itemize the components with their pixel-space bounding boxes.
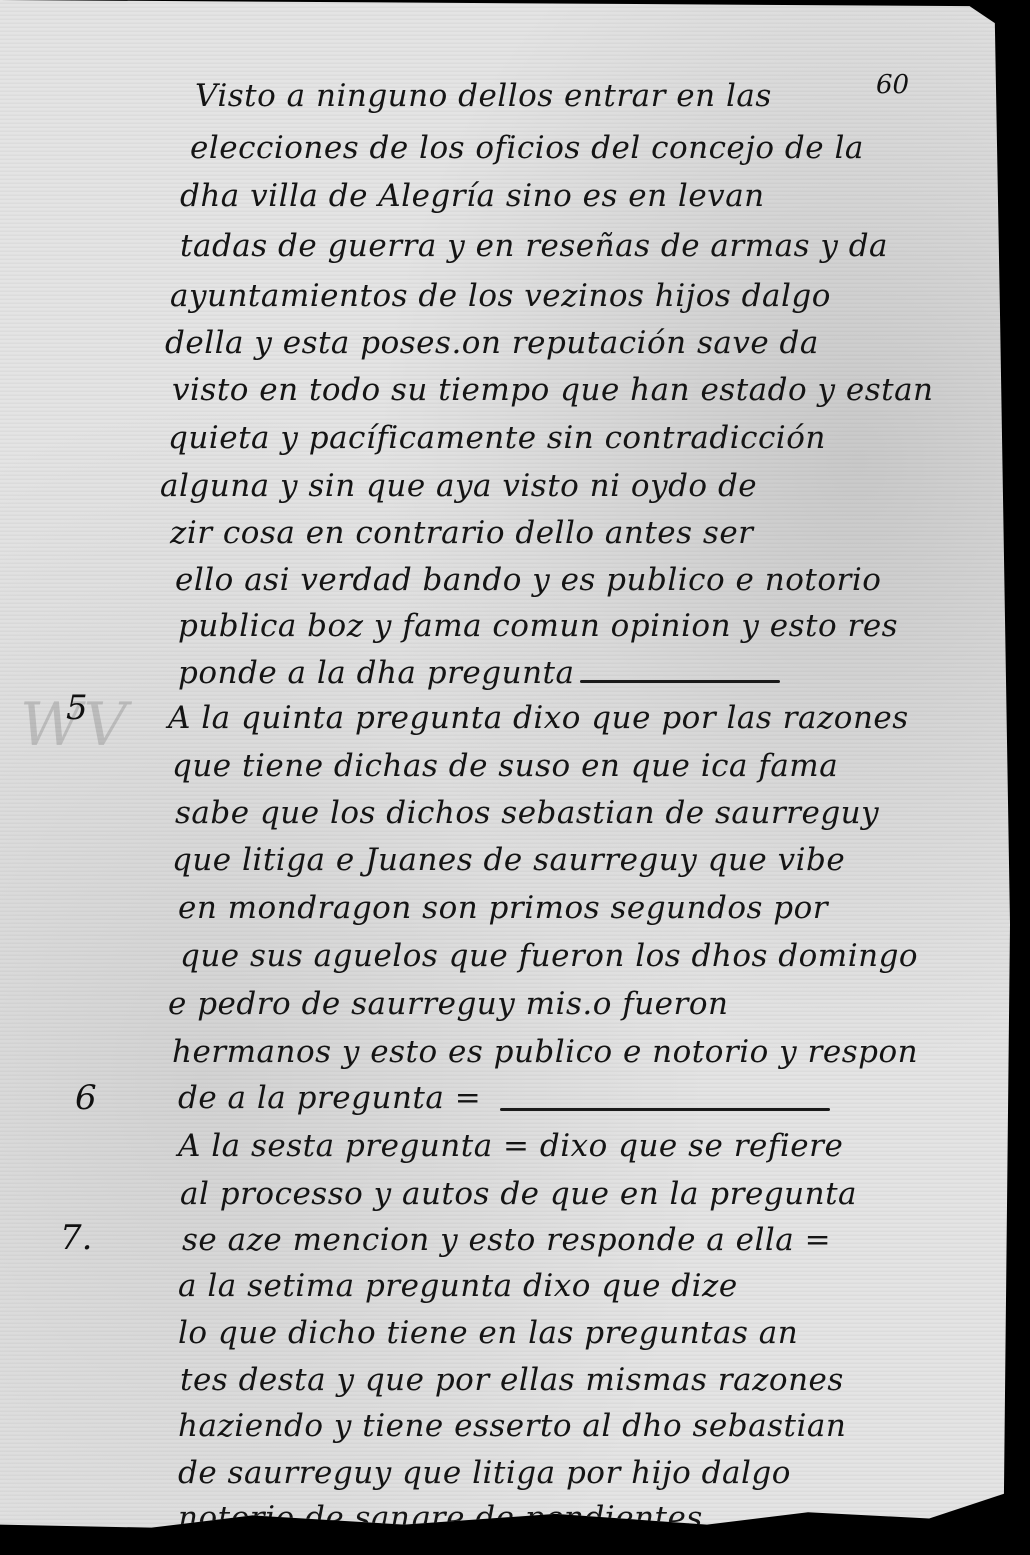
text-line: a la setima pregunta dixo que dize [178, 1268, 738, 1304]
text-line: sabe que los dichos sebastian de saurreg… [175, 795, 879, 831]
text-line: que sus aguelos que fueron los dhos domi… [180, 938, 918, 974]
text-line: visto en todo su tiempo que han estado y… [172, 372, 934, 408]
text-line: A la sesta pregunta = dixo que se refier… [178, 1128, 843, 1164]
text-line: A la quinta pregunta dixo que por las ra… [168, 700, 909, 736]
text-line: de a la pregunta = [178, 1080, 481, 1116]
text-line: hermanos y esto es publico e notorio y r… [172, 1034, 918, 1070]
text-line: de saurreguy que litiga por hijo dalgo [178, 1455, 791, 1491]
manuscript-page: WV 60 Visto a ninguno dellos entrar en l… [0, 0, 1010, 1540]
text-line: Visto a ninguno dellos entrar en las [195, 78, 772, 114]
text-line: della y esta poses.on reputación save da [165, 325, 819, 361]
folio-number: 60 [876, 70, 909, 100]
text-line: se aze mencion y esto responde a ella = [182, 1222, 831, 1258]
line-filler-rule [500, 1108, 830, 1111]
text-line: ayuntamientos de los vezinos hijos dalgo [170, 278, 831, 314]
text-line: notorio de sangre de pendientes [178, 1500, 703, 1536]
text-line: dha villa de Alegría sino es en levan [180, 178, 765, 214]
text-line: e pedro de saurreguy mis.o fueron [168, 986, 728, 1022]
text-line: alguna y sin que aya visto ni oydo de [160, 468, 757, 504]
closing-rule [165, 1523, 805, 1539]
text-line: tes desta y que por ellas mismas razones [180, 1362, 844, 1398]
text-line: publica boz y fama comun opinion y esto … [178, 608, 898, 644]
text-line: en mondragon son primos segundos por [178, 890, 828, 926]
margin-number: 6 [75, 1078, 97, 1118]
text-line: al processo y autos de que en la pregunt… [180, 1176, 857, 1212]
text-line: haziendo y tiene esserto al dho sebastia… [178, 1408, 846, 1444]
text-line: zir cosa en contrario dello antes ser [170, 515, 753, 551]
margin-number: 7. [60, 1218, 92, 1258]
text-line: que tiene dichas de suso en que ica fama [172, 748, 838, 784]
text-line: ello asi verdad bando y es publico e not… [175, 562, 881, 598]
text-line: quieta y pacíficamente sin contradicción [168, 420, 826, 456]
text-line: que litiga e Juanes de saurreguy que vib… [172, 842, 845, 878]
text-line: ponde a la dha pregunta [178, 655, 574, 691]
text-line: elecciones de los oficios del concejo de… [190, 130, 864, 166]
text-line: lo que dicho tiene en las preguntas an [178, 1315, 798, 1351]
text-line: tadas de guerra y en reseñas de armas y … [180, 228, 888, 264]
line-filler-rule [580, 680, 780, 683]
margin-number: 5 [66, 688, 88, 728]
